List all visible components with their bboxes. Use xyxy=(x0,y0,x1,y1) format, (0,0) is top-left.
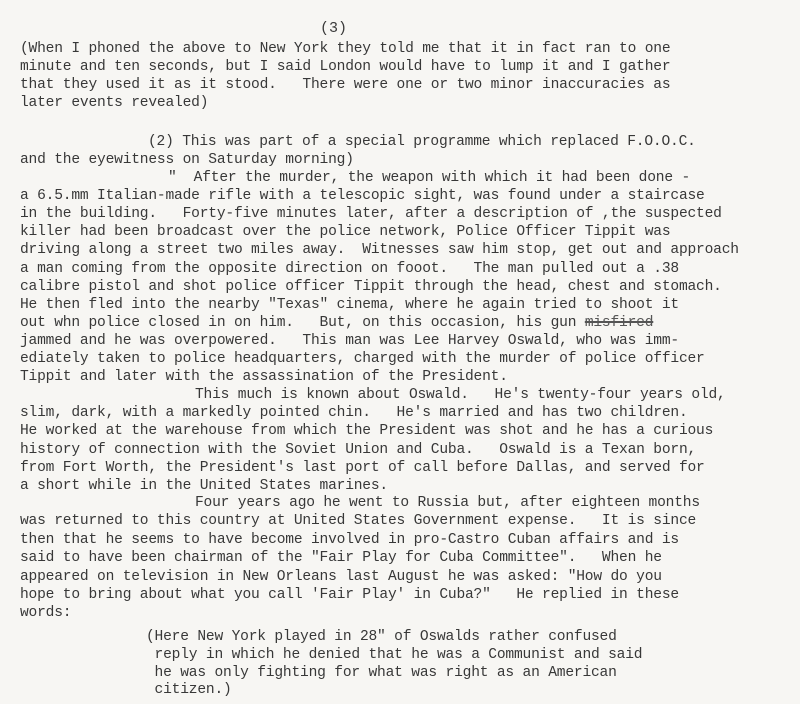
text-line: he was only fighting for what was right … xyxy=(146,664,617,682)
text-line: calibre pistol and shot police officer T… xyxy=(20,278,722,296)
text-line: appeared on television in New Orleans la… xyxy=(20,568,662,586)
text-line: then that he seems to have become involv… xyxy=(20,531,679,549)
text-line: a short while in the United States marin… xyxy=(20,477,388,495)
text-line: Tippit and later with the assassination … xyxy=(20,368,508,386)
text-line: He worked at the warehouse from which th… xyxy=(20,422,713,440)
text-line: ediately taken to police headquarters, c… xyxy=(20,350,705,368)
text-line: (When I phoned the above to New York the… xyxy=(20,40,670,58)
text-line: minute and ten seconds, but I said Londo… xyxy=(20,58,670,76)
text-line: (Here New York played in 28" of Oswalds … xyxy=(146,628,617,646)
page-number: (3) xyxy=(320,20,347,37)
text-line: hope to bring about what you call 'Fair … xyxy=(20,586,679,604)
text-line: history of connection with the Soviet Un… xyxy=(20,441,696,459)
text-line: in the building. Forty-five minutes late… xyxy=(20,205,722,223)
text-line: that they used it as it stood. There wer… xyxy=(20,76,670,94)
text-line: citizen.) xyxy=(146,681,232,699)
text-line: (2) This was part of a special programme… xyxy=(148,133,696,151)
text-line: was returned to this country at United S… xyxy=(20,512,696,530)
text-line: " After the murder, the weapon with whic… xyxy=(168,169,690,187)
text-line: out whn police closed in on him. But, on… xyxy=(20,314,653,332)
text-line: a 6.5.mm Italian-made rifle with a teles… xyxy=(20,187,705,205)
struck-out-word: misfired xyxy=(585,315,653,331)
text-line: later events revealed) xyxy=(20,94,208,112)
text-line: and the eyewitness on Saturday morning) xyxy=(20,151,354,169)
text-line: This much is known about Oswald. He's tw… xyxy=(195,386,726,404)
text-line: a man coming from the opposite direction… xyxy=(20,260,679,278)
text-line: killer had been broadcast over the polic… xyxy=(20,223,670,241)
text-line: reply in which he denied that he was a C… xyxy=(146,646,642,664)
text-line: jammed and he was overpowered. This man … xyxy=(20,332,679,350)
text-line: said to have been chairman of the "Fair … xyxy=(20,549,662,567)
text-line: from Fort Worth, the President's last po… xyxy=(20,459,705,477)
text-line: Four years ago he went to Russia but, af… xyxy=(195,494,700,512)
text-line: He then fled into the nearby "Texas" cin… xyxy=(20,296,679,314)
text-line: driving along a street two miles away. W… xyxy=(20,241,739,259)
typewritten-page: (3) (When I phoned the above to New York… xyxy=(0,0,800,704)
text-line: slim, dark, with a markedly pointed chin… xyxy=(20,404,688,422)
text-line: words: xyxy=(20,604,71,622)
